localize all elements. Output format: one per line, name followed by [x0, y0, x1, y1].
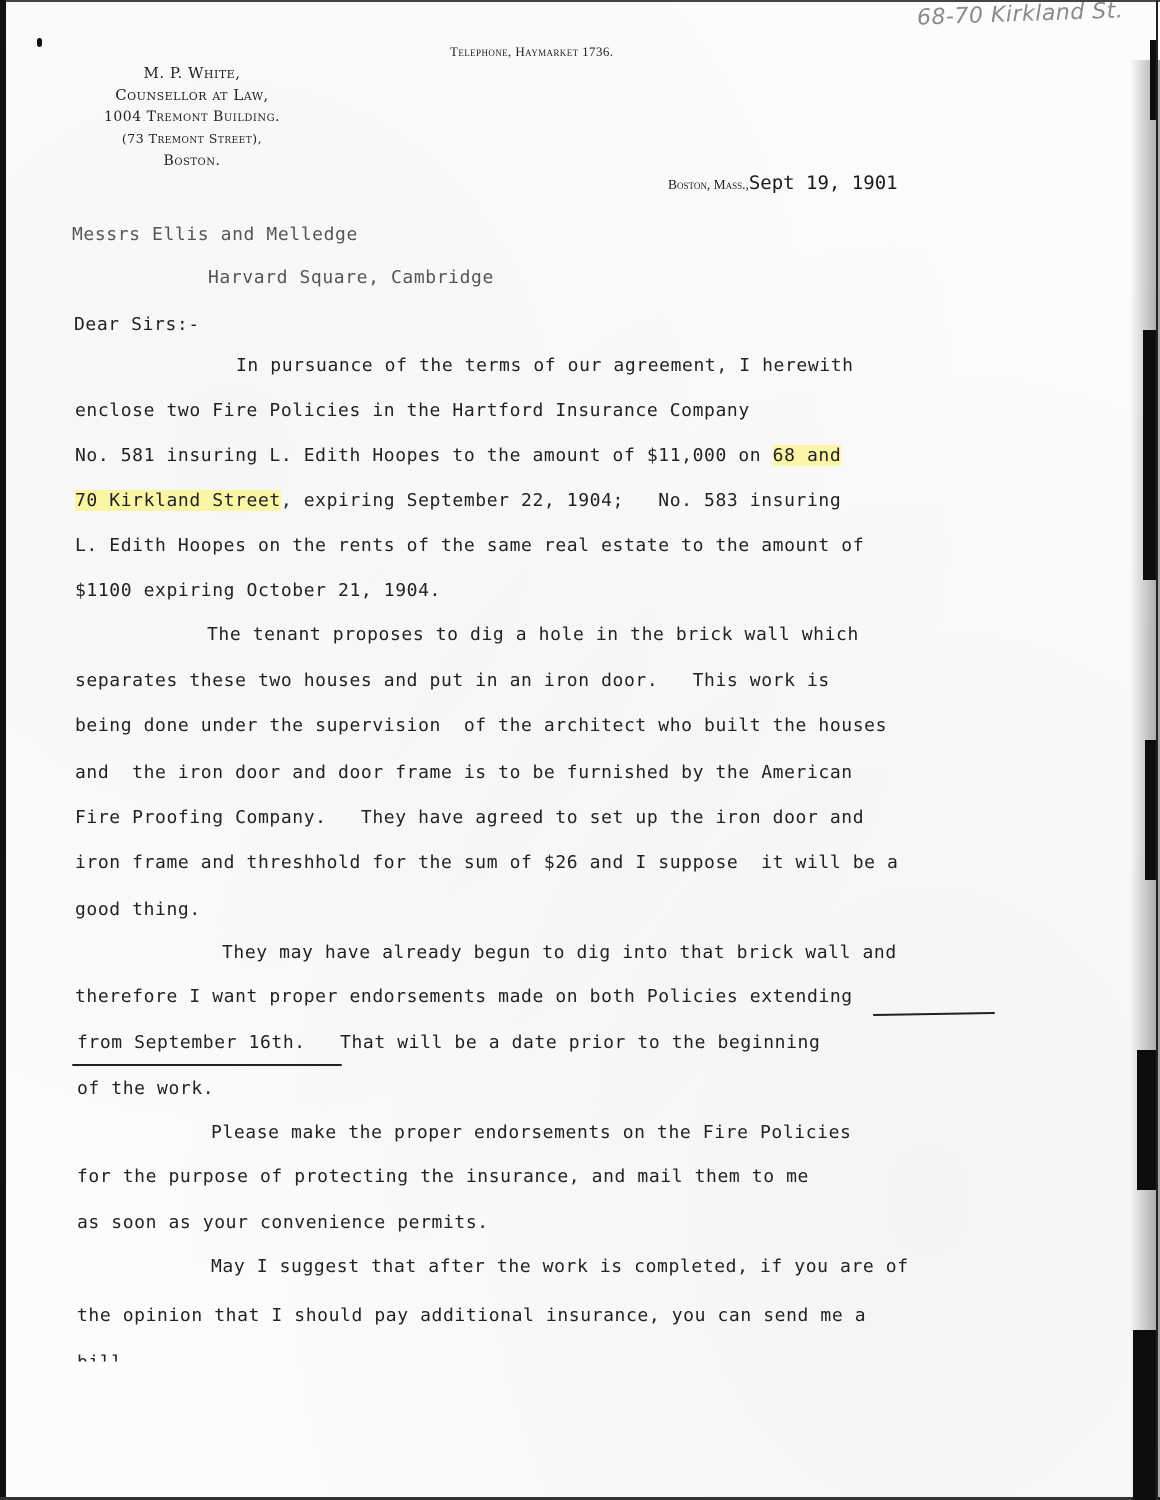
body-line: They may have already begun to dig into … — [222, 942, 897, 963]
letter-page: M. P. White, Counsellor at Law, 1004 Tre… — [0, 0, 1160, 1500]
body-line: $1100 expiring October 21, 1904. — [75, 580, 441, 601]
body-line: enclose two Fire Policies in the Hartfor… — [75, 400, 750, 421]
body-line: therefore I want proper endorsements mad… — [75, 986, 853, 1007]
handwritten-note: 68-70 Kirkland St. — [917, 0, 1124, 31]
body-line: The tenant proposes to dig a hole in the… — [207, 624, 859, 645]
letterhead: M. P. White, Counsellor at Law, 1004 Tre… — [72, 62, 312, 172]
body-line: as soon as your convenience permits. — [77, 1212, 489, 1233]
letterhead-street: (73 Tremont Street), — [72, 128, 312, 150]
pen-underline — [72, 1064, 342, 1066]
body-text: That will be a date prior to the beginni… — [306, 1032, 821, 1053]
underlined-text: extending — [750, 986, 853, 1007]
highlighted-address: 68 and — [773, 445, 842, 466]
letterhead-name: M. P. White, — [72, 62, 312, 84]
letterhead-title: Counsellor at Law, — [72, 84, 312, 106]
pen-underline — [873, 1012, 995, 1016]
scan-edge-left — [0, 0, 6, 1500]
body-text: therefore I want proper endorsements mad… — [75, 986, 750, 1007]
body-text: No. 581 insuring L. Edith Hoopes to the … — [75, 445, 773, 466]
ink-speck — [37, 38, 42, 47]
body-line: separates these two houses and put in an… — [75, 670, 830, 691]
body-text: , expiring September 22, 1904; No. 583 i… — [281, 490, 841, 511]
highlighted-address: 70 Kirkland Street — [75, 490, 281, 511]
body-line: of the work. — [77, 1078, 214, 1099]
body-line: Please make the proper endorsements on t… — [211, 1122, 851, 1143]
salutation: Dear Sirs:- — [74, 314, 200, 335]
letterhead-city: Boston. — [72, 150, 312, 172]
body-line-cutoff: bill — [77, 1352, 123, 1373]
addressee-line-2: Harvard Square, Cambridge — [208, 267, 494, 288]
letter-date: Sept 19, 1901 — [749, 172, 898, 194]
body-line: iron frame and threshhold for the sum of… — [75, 852, 898, 873]
scan-edge-top — [0, 0, 1160, 2]
letterhead-building: 1004 Tremont Building. — [72, 106, 312, 128]
underlined-text: from September 16th. — [77, 1032, 306, 1053]
dateline: Boston, Mass.,Sept 19, 1901 — [668, 172, 898, 194]
body-line: May I suggest that after the work is com… — [211, 1256, 909, 1277]
letterhead-telephone: Telephone, Haymarket 1736. — [450, 44, 613, 60]
body-line: good thing. — [75, 899, 201, 920]
body-line: No. 581 insuring L. Edith Hoopes to the … — [75, 445, 841, 466]
body-line: from September 16th. That will be a date… — [77, 1032, 820, 1053]
addressee-line-1: Messrs Ellis and Melledge — [72, 224, 358, 245]
body-line: for the purpose of protecting the insura… — [77, 1166, 809, 1187]
body-line: and the iron door and door frame is to b… — [75, 762, 853, 783]
body-line: Fire Proofing Company. They have agreed … — [75, 807, 864, 828]
body-line: In pursuance of the terms of our agreeme… — [236, 355, 854, 376]
body-line: being done under the supervision of the … — [75, 715, 887, 736]
body-line: 70 Kirkland Street, expiring September 2… — [75, 490, 841, 511]
dateline-place: Boston, Mass., — [668, 177, 749, 192]
scan-edge-right — [1130, 0, 1160, 1500]
body-line: L. Edith Hoopes on the rents of the same… — [75, 535, 864, 556]
body-line: the opinion that I should pay additional… — [77, 1305, 866, 1326]
